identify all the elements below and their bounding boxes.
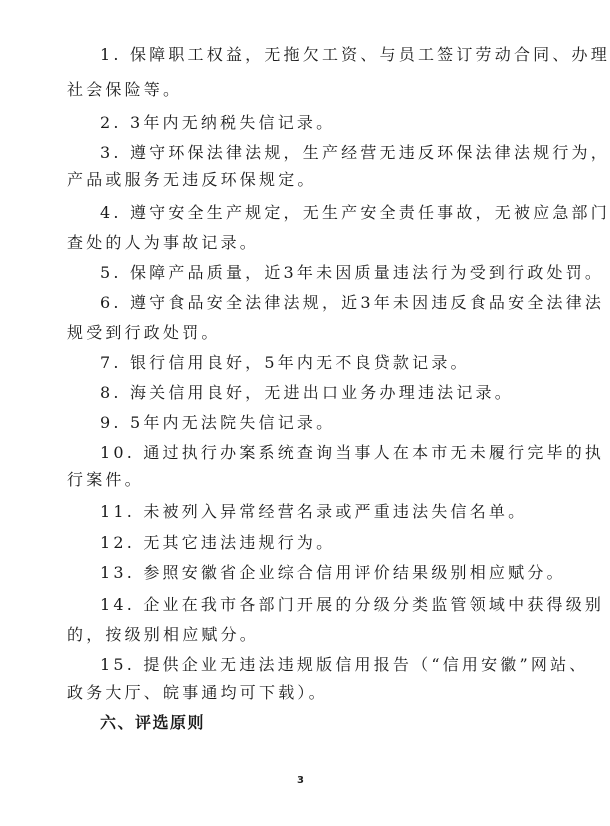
item-4-line-2: 查处的人为事故记录。 [67, 233, 259, 253]
item-10-line-1: 10. 通过执行办案系统查询当事人在本市无未履行完毕的执 [100, 443, 604, 463]
item-6-line-2: 规受到行政处罚。 [67, 323, 221, 343]
item-6-line-1: 6. 遵守食品安全法律法规，近3年未因违反食品安全法律法 [100, 293, 604, 313]
item-15-line-1: 15. 提供企业无违法违规版信用报告（“信用安徽”网站、 [100, 655, 589, 675]
item-15-line-2: 政务大厅、皖事通均可下载）。 [67, 683, 328, 703]
section-heading: 六、评选原则 [100, 713, 205, 733]
item-8-line-1: 8. 海关信用良好，无进出口业务办理违法记录。 [100, 383, 514, 403]
item-11-line-1: 11. 未被列入异常经营名录或严重违法失信名单。 [100, 502, 527, 522]
item-3-line-2: 产品或服务无违反环保规定。 [67, 170, 317, 190]
item-12-line-1: 12. 无其它违法违规行为。 [100, 533, 335, 553]
item-9-line-1: 9. 5年内无法院失信记录。 [100, 413, 335, 433]
item-5-line-1: 5. 保障产品质量，近3年未因质量违法行为受到行政处罚。 [100, 263, 604, 283]
item-14-line-2: 的，按级别相应赋分。 [67, 625, 259, 645]
item-13-line-1: 13. 参照安徽省企业综合信用评价结果级别相应赋分。 [100, 563, 566, 583]
item-7-line-1: 7. 银行信用良好，5年内无不良贷款记录。 [100, 353, 470, 373]
item-1-line-2: 社会保险等。 [67, 80, 182, 100]
page-number: 3 [297, 775, 304, 786]
item-1-line-1: 1. 保障职工权益，无拖欠工资、与员工签订劳动合同、办理 [100, 45, 610, 65]
item-2-line-1: 2. 3年内无纳税失信记录。 [100, 113, 335, 133]
item-14-line-1: 14. 企业在我市各部门开展的分级分类监管领域中获得级别 [100, 595, 604, 615]
item-10-line-2: 行案件。 [67, 470, 144, 490]
document-page: 1. 保障职工权益，无拖欠工资、与员工签订劳动合同、办理 社会保险等。 2. 3… [0, 0, 610, 826]
item-3-line-1: 3. 遵守环保法律法规，生产经营无违反环保法律法规行为， [100, 143, 610, 163]
item-4-line-1: 4. 遵守安全生产规定，无生产安全责任事故，无被应急部门 [100, 203, 610, 223]
